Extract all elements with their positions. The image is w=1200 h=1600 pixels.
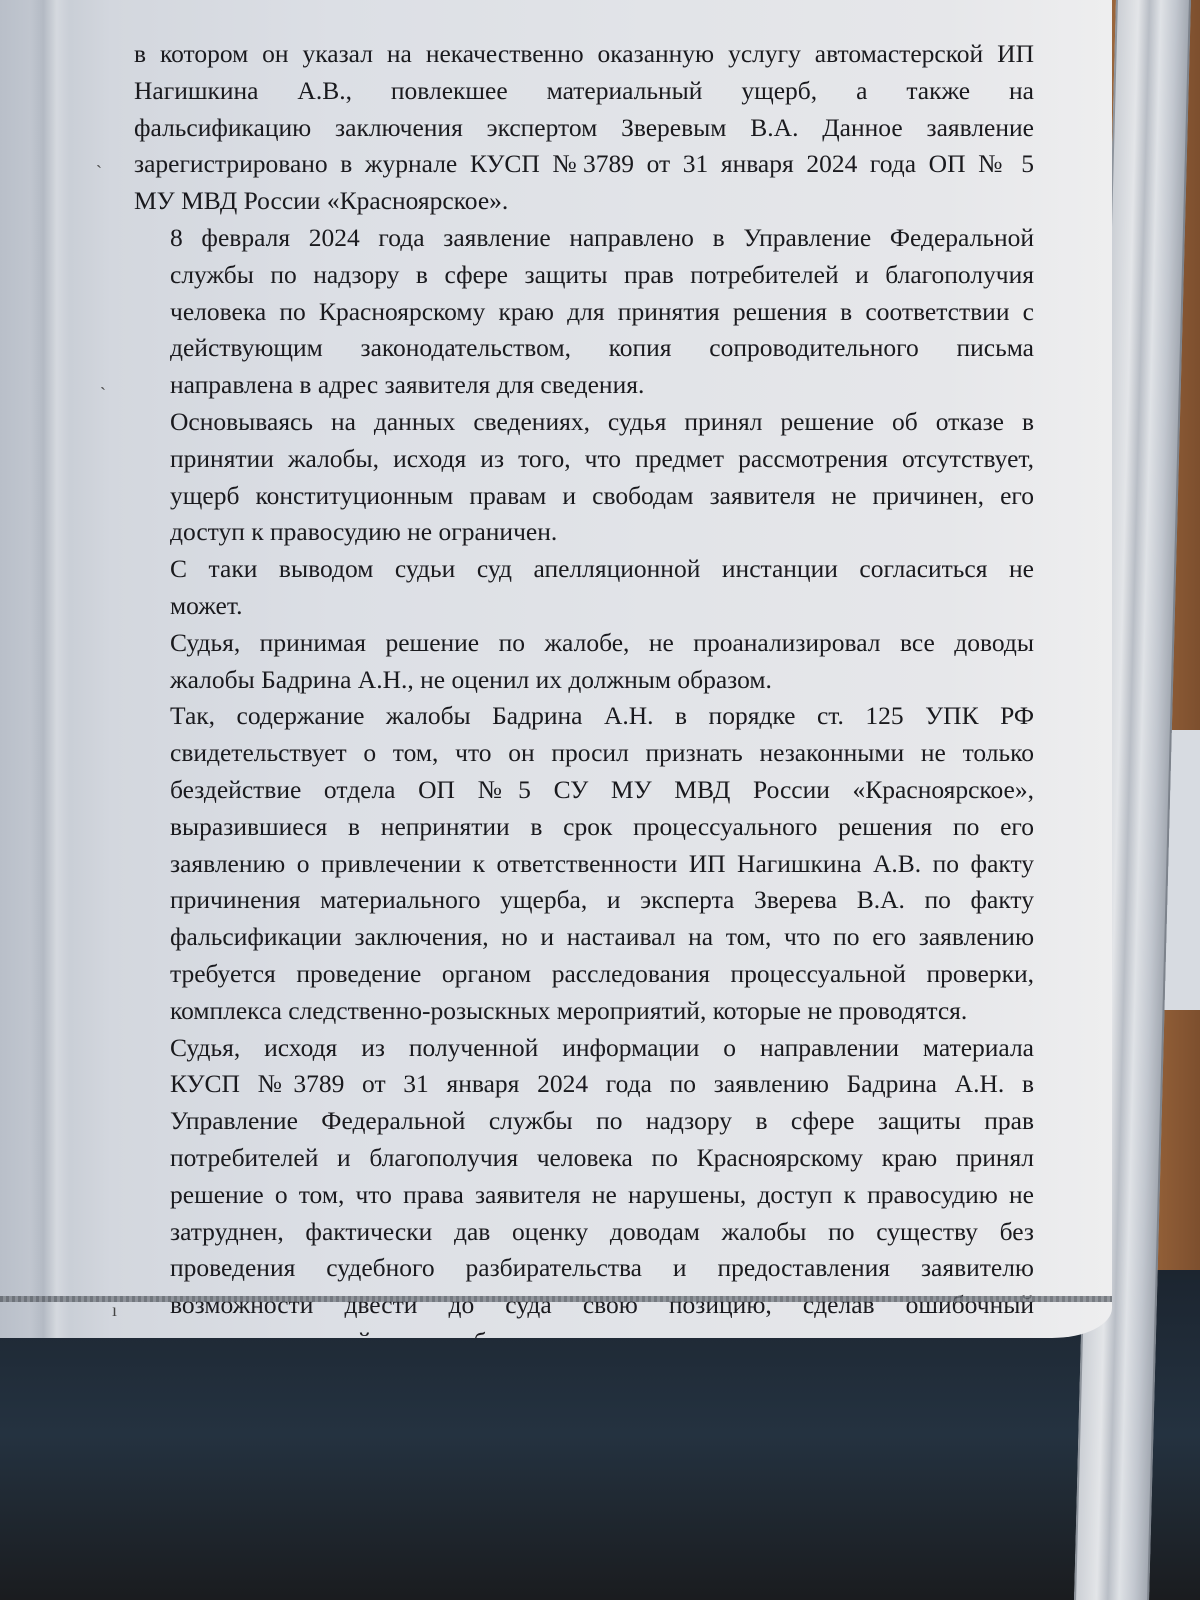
text-line: зарегистрировано в журнале КУСП №3789 от… (134, 146, 1034, 183)
margin-mark: ˎ (100, 370, 106, 391)
text-line: решение о том, что права заявителя не на… (134, 1177, 1034, 1214)
text-line: Судья, принимая решение по жалобе, не пр… (134, 625, 1034, 662)
text-line: причинения материального ущерба, и экспе… (134, 882, 1034, 919)
document-body: в котором он указал на некачественно ока… (134, 36, 1034, 1338)
paragraph: Основываясь на данных сведениях, судья п… (134, 404, 1034, 551)
text-line: выразившиеся в непринятии в срок процесс… (134, 809, 1034, 846)
text-line: С таки выводом судьи суд апелляционной и… (134, 551, 1034, 588)
text-line: принятии жалобы, исходя из того, что пре… (134, 441, 1034, 478)
paragraph: Так, содержание жалобы Бадрина А.Н. в по… (134, 698, 1034, 1029)
text-line: МУ МВД России «Красноярское». (134, 183, 1034, 220)
paragraph: 8 февраля 2024 года заявление направлено… (134, 220, 1034, 404)
text-line: службы по надзору в сфере защиты прав по… (134, 257, 1034, 294)
paragraph: Судья, исходя из полученной информации о… (134, 1030, 1034, 1338)
text-line: Судья, исходя из полученной информации о… (134, 1030, 1034, 1067)
text-line: Основываясь на данных сведениях, судья п… (134, 404, 1034, 441)
text-line: КУСП №3789 от 31 января 2024 года по зая… (134, 1066, 1034, 1103)
text-line: в котором он указал на некачественно ока… (134, 36, 1034, 73)
text-line: 8 февраля 2024 года заявление направлено… (134, 220, 1034, 257)
text-line: заявлению о привлечении к ответственност… (134, 846, 1034, 883)
text-line: человека по Красноярскому краю для приня… (134, 294, 1034, 331)
text-line: возможности двести до суда свою позицию,… (134, 1287, 1034, 1324)
paragraph: в котором он указал на некачественно ока… (134, 36, 1034, 220)
text-line: может. (134, 588, 1034, 625)
text-line: проведения судебного разбирательства и п… (134, 1250, 1034, 1287)
text-line: Так, содержание жалобы Бадрина А.Н. в по… (134, 698, 1034, 735)
text-line: действующим законодательством, копия соп… (134, 330, 1034, 367)
margin-mark: ˎ (96, 148, 102, 169)
text-line: свидетельствует о том, что он просил при… (134, 735, 1034, 772)
text-line: фальсификации заключения, но и настаивал… (134, 919, 1034, 956)
margin-mark: ı (112, 1300, 117, 1321)
text-line: ущерб конституционным правам и свободам … (134, 478, 1034, 515)
text-line: доступ к правосудию не ограничен. (134, 514, 1034, 551)
paragraph: Судья, принимая решение по жалобе, не пр… (134, 625, 1034, 699)
text-line: Нагишкина А.В., повлекшее материальный у… (134, 73, 1034, 110)
text-line: Управление Федеральной службы по надзору… (134, 1103, 1034, 1140)
document-page: в котором он указал на некачественно ока… (0, 0, 1112, 1338)
text-line: потребителей и благополучия человека по … (134, 1140, 1034, 1177)
text-line: направлена в адрес заявителя для сведени… (134, 367, 1034, 404)
text-line: комплекса следственно-розыскных мероприя… (134, 993, 1034, 1030)
text-line: затруднен, фактически дав оценку доводам… (134, 1214, 1034, 1251)
text-line: бездействие отдела ОП №5 СУ МУ МВД Росси… (134, 772, 1034, 809)
text-line: требуется проведение органом расследован… (134, 956, 1034, 993)
paragraph: С таки выводом судьи суд апелляционной и… (134, 551, 1034, 625)
text-line: преждевременный вывод об отсутствии пред… (134, 1324, 1034, 1338)
page-bottom-edge (0, 1296, 1112, 1302)
text-line: фальсификацию заключения экспертом Звере… (134, 110, 1034, 147)
text-line: жалобы Бадрина А.Н., не оценил их должны… (134, 662, 1034, 699)
